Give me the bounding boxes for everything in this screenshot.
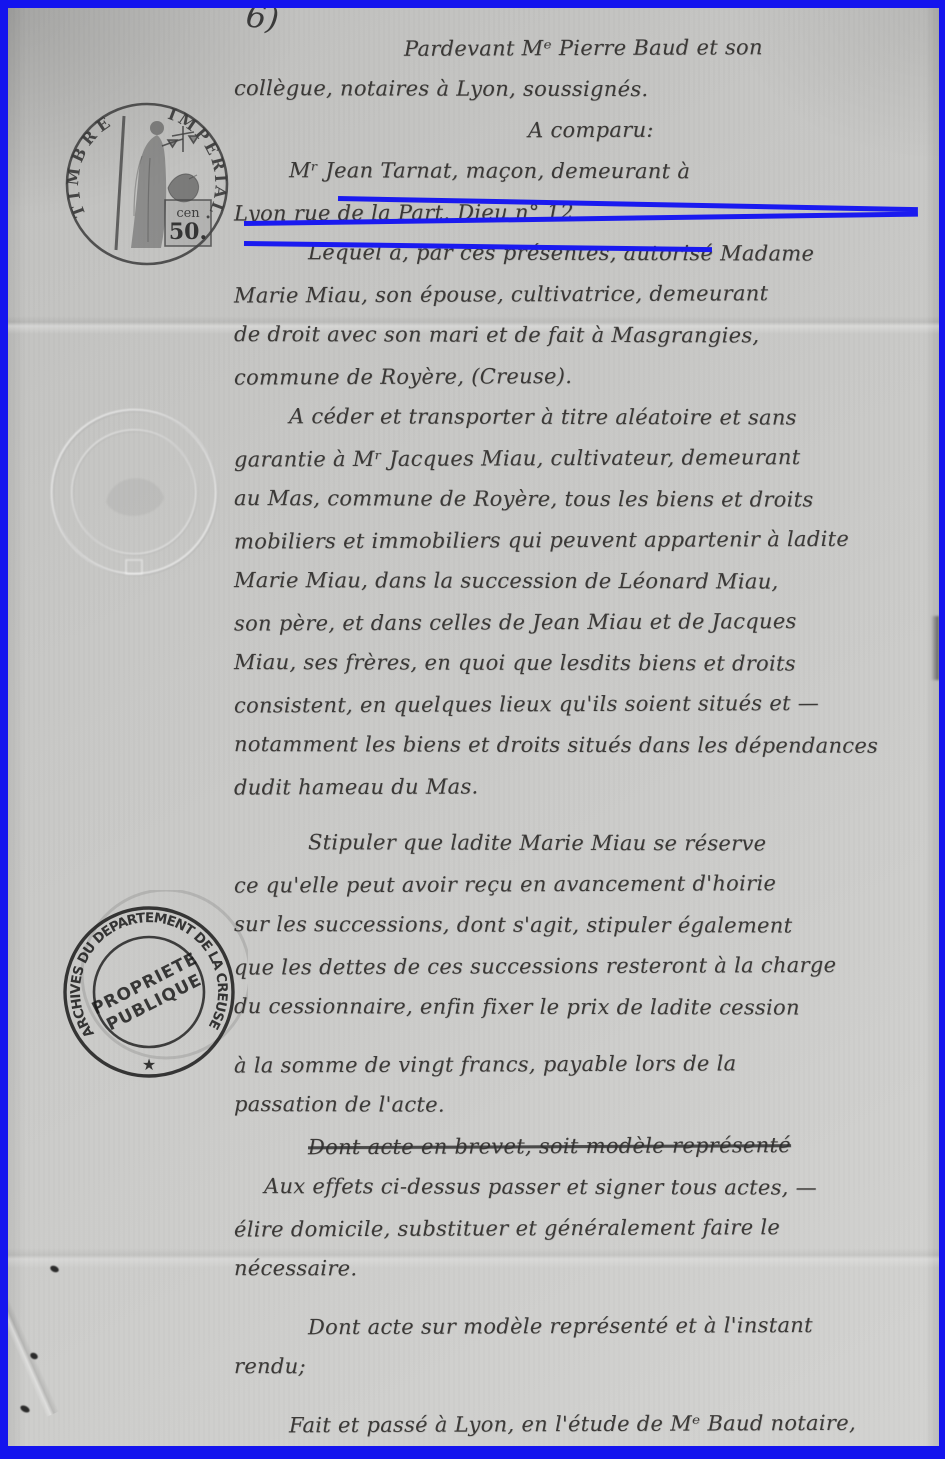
manuscript-line-text: Mʳ Jean Tarnat, maçon, demeurant à [289,158,690,183]
manuscript-line: au Mas, commune de Royère, tous les bien… [234,478,939,521]
manuscript-line-text: de droit avec son mari et de fait à Masg… [234,322,759,347]
edge-smudge [931,616,939,680]
justice-figure-icon [116,116,166,250]
manuscript-line-text: à la somme de vingt francs, payable lors… [234,1051,737,1077]
manuscript-line-text: élire domicile, substituer et généraleme… [234,1215,780,1241]
manuscript-line-text: Marie Miau, dans la succession de Léonar… [234,568,779,593]
manuscript-line-text: Dont acte sur modèle représenté et à l'i… [308,1313,813,1339]
manuscript-line: notamment les biens et droits situés dan… [234,724,939,767]
manuscript-line: Miau, ses frères, en quoi que lesdits bi… [234,642,939,685]
denomination-value: 50. [169,219,207,245]
manuscript-line-text: Miau, ses frères, en quoi que lesdits bi… [234,650,796,675]
document-page: 6) TIMBRE IMPERIAL. [8,8,939,1446]
manuscript-line-text: du cessionnaire, enfin fixer le prix de … [234,994,800,1019]
manuscript-line-text: garantie à Mʳ Jacques Miau, cultivateur,… [234,445,801,471]
manuscript-line: passation de l'acte. [234,1084,939,1127]
manuscript-line-text: Aux effets ci-dessus passer et signer to… [264,1174,817,1199]
manuscript-line-text: collègue, notaires à Lyon, soussignés. [234,76,648,101]
manuscript-line: sur les successions, dont s'agit, stipul… [234,904,939,947]
paper-tear-spot [19,1404,31,1414]
timbre-stamp-graphic: TIMBRE IMPERIAL. [62,96,232,272]
manuscript-line-text: notamment les biens et droits situés dan… [234,732,878,758]
manuscript-line: Dont acte en brevet, soit modèle représe… [234,1124,939,1168]
timbre-left-text: TIMBRE [63,110,118,219]
manuscript-line: que les dettes de ces successions rester… [234,944,939,988]
manuscript-line-text: nécessaire. [234,1256,357,1280]
paper-tear-spot [49,1264,60,1273]
manuscript-line: collègue, notaires à Lyon, soussignés. [234,68,939,111]
manuscript-line: Pardevant Mᵉ Pierre Baud et son [234,26,939,70]
manuscript-line: Dont acte sur modèle représenté et à l'i… [234,1304,939,1348]
manuscript-line: élire domicile, substituer et généraleme… [234,1206,939,1250]
manuscript-line-text: rendu; [234,1354,306,1378]
corner-crease [8,1256,59,1417]
manuscript-line: Aux effets ci-dessus passer et signer to… [234,1166,939,1209]
manuscript-line-text: au Mas, commune de Royère, tous les bien… [234,486,814,512]
manuscript-line: commune de Royère, (Creuse). [234,354,939,398]
manuscript-line-text: Pardevant Mᵉ Pierre Baud et son [404,35,763,61]
manuscript-line-text: A céder et transporter à titre aléatoire… [289,404,797,429]
manuscript-line: consistent, en quelques lieux qu'ils soi… [234,682,939,726]
denomination-plinth: cen 50. [165,200,211,246]
manuscript-line-text: Dont acte en brevet, soit modèle représe… [308,1133,791,1159]
manuscript-line: Mʳ Jean Tarnat, maçon, demeurant à [234,150,939,193]
manuscript-line: mobiliers et immobiliers qui peuvent app… [234,518,939,562]
manuscript-line-text: dudit hameau du Mas. [234,774,479,799]
eagle-icon [168,174,199,202]
manuscript-line: dudit hameau du Mas. [234,764,939,808]
manuscript-line: du cessionnaire, enfin fixer le prix de … [234,986,939,1029]
manuscript-line-text: son père, et dans celles de Jean Miau et… [234,609,797,635]
manuscript-text: Pardevant Mᵉ Pierre Baud et soncollègue,… [234,28,939,1445]
manuscript-line-text: passation de l'acte. [234,1092,445,1117]
manuscript-line: A comparu: [234,108,939,152]
manuscript-line: à la somme de vingt francs, payable lors… [234,1042,939,1086]
manuscript-line: son père, et dans celles de Jean Miau et… [234,600,939,644]
manuscript-line: ce qu'elle peut avoir reçu en avancement… [234,862,939,906]
manuscript-line: de droit avec son mari et de fait à Masg… [234,314,939,357]
scan-blue-border: 6) TIMBRE IMPERIAL. [0,0,945,1459]
archives-stamp-graphic: ARCHIVES DU DEPARTEMENT DE LA CREUSE ★ P… [56,890,248,1098]
manuscript-line-text: ce qu'elle peut avoir reçu en avancement… [234,871,776,897]
manuscript-line: Marie Miau, son épouse, cultivatrice, de… [234,272,939,316]
embossed-seal [46,402,222,594]
manuscript-line-text: consistent, en quelques lieux qu'ils soi… [234,691,819,718]
manuscript-line: Stipuler que ladite Marie Miau se réserv… [234,822,939,865]
manuscript-line-text: commune de Royère, (Creuse). [234,364,572,389]
manuscript-line-text: sur les successions, dont s'agit, stipul… [234,912,792,937]
archives-stamp: ARCHIVES DU DEPARTEMENT DE LA CREUSE ★ P… [56,890,248,1098]
manuscript-line: garantie à Mʳ Jacques Miau, cultivateur,… [234,436,939,480]
manuscript-line: A céder et transporter à titre aléatoire… [234,396,939,439]
star-icon: ★ [142,1055,156,1074]
timbre-imperial-stamp: TIMBRE IMPERIAL. [62,96,232,272]
manuscript-line: Lequel a, par ces présentes, autorisé Ma… [234,232,939,275]
embossed-seal-graphic [46,402,222,594]
manuscript-line-text: mobiliers et immobiliers qui peuvent app… [234,527,849,554]
manuscript-line: Marie Miau, dans la succession de Léonar… [234,560,939,603]
manuscript-line-text: que les dettes de ces successions rester… [234,953,836,980]
manuscript-line: rendu; [234,1346,939,1389]
manuscript-line-text: Marie Miau, son épouse, cultivatrice, de… [234,281,768,307]
manuscript-line: Fait et passé à Lyon, en l'étude de Mᵉ B… [234,1402,939,1446]
manuscript-line-text: Stipuler que ladite Marie Miau se réserv… [308,830,766,855]
manuscript-line-text: A comparu: [528,118,654,143]
manuscript-line-text: Fait et passé à Lyon, en l'étude de Mᵉ B… [289,1411,856,1437]
manuscript-line: nécessaire. [234,1248,939,1291]
